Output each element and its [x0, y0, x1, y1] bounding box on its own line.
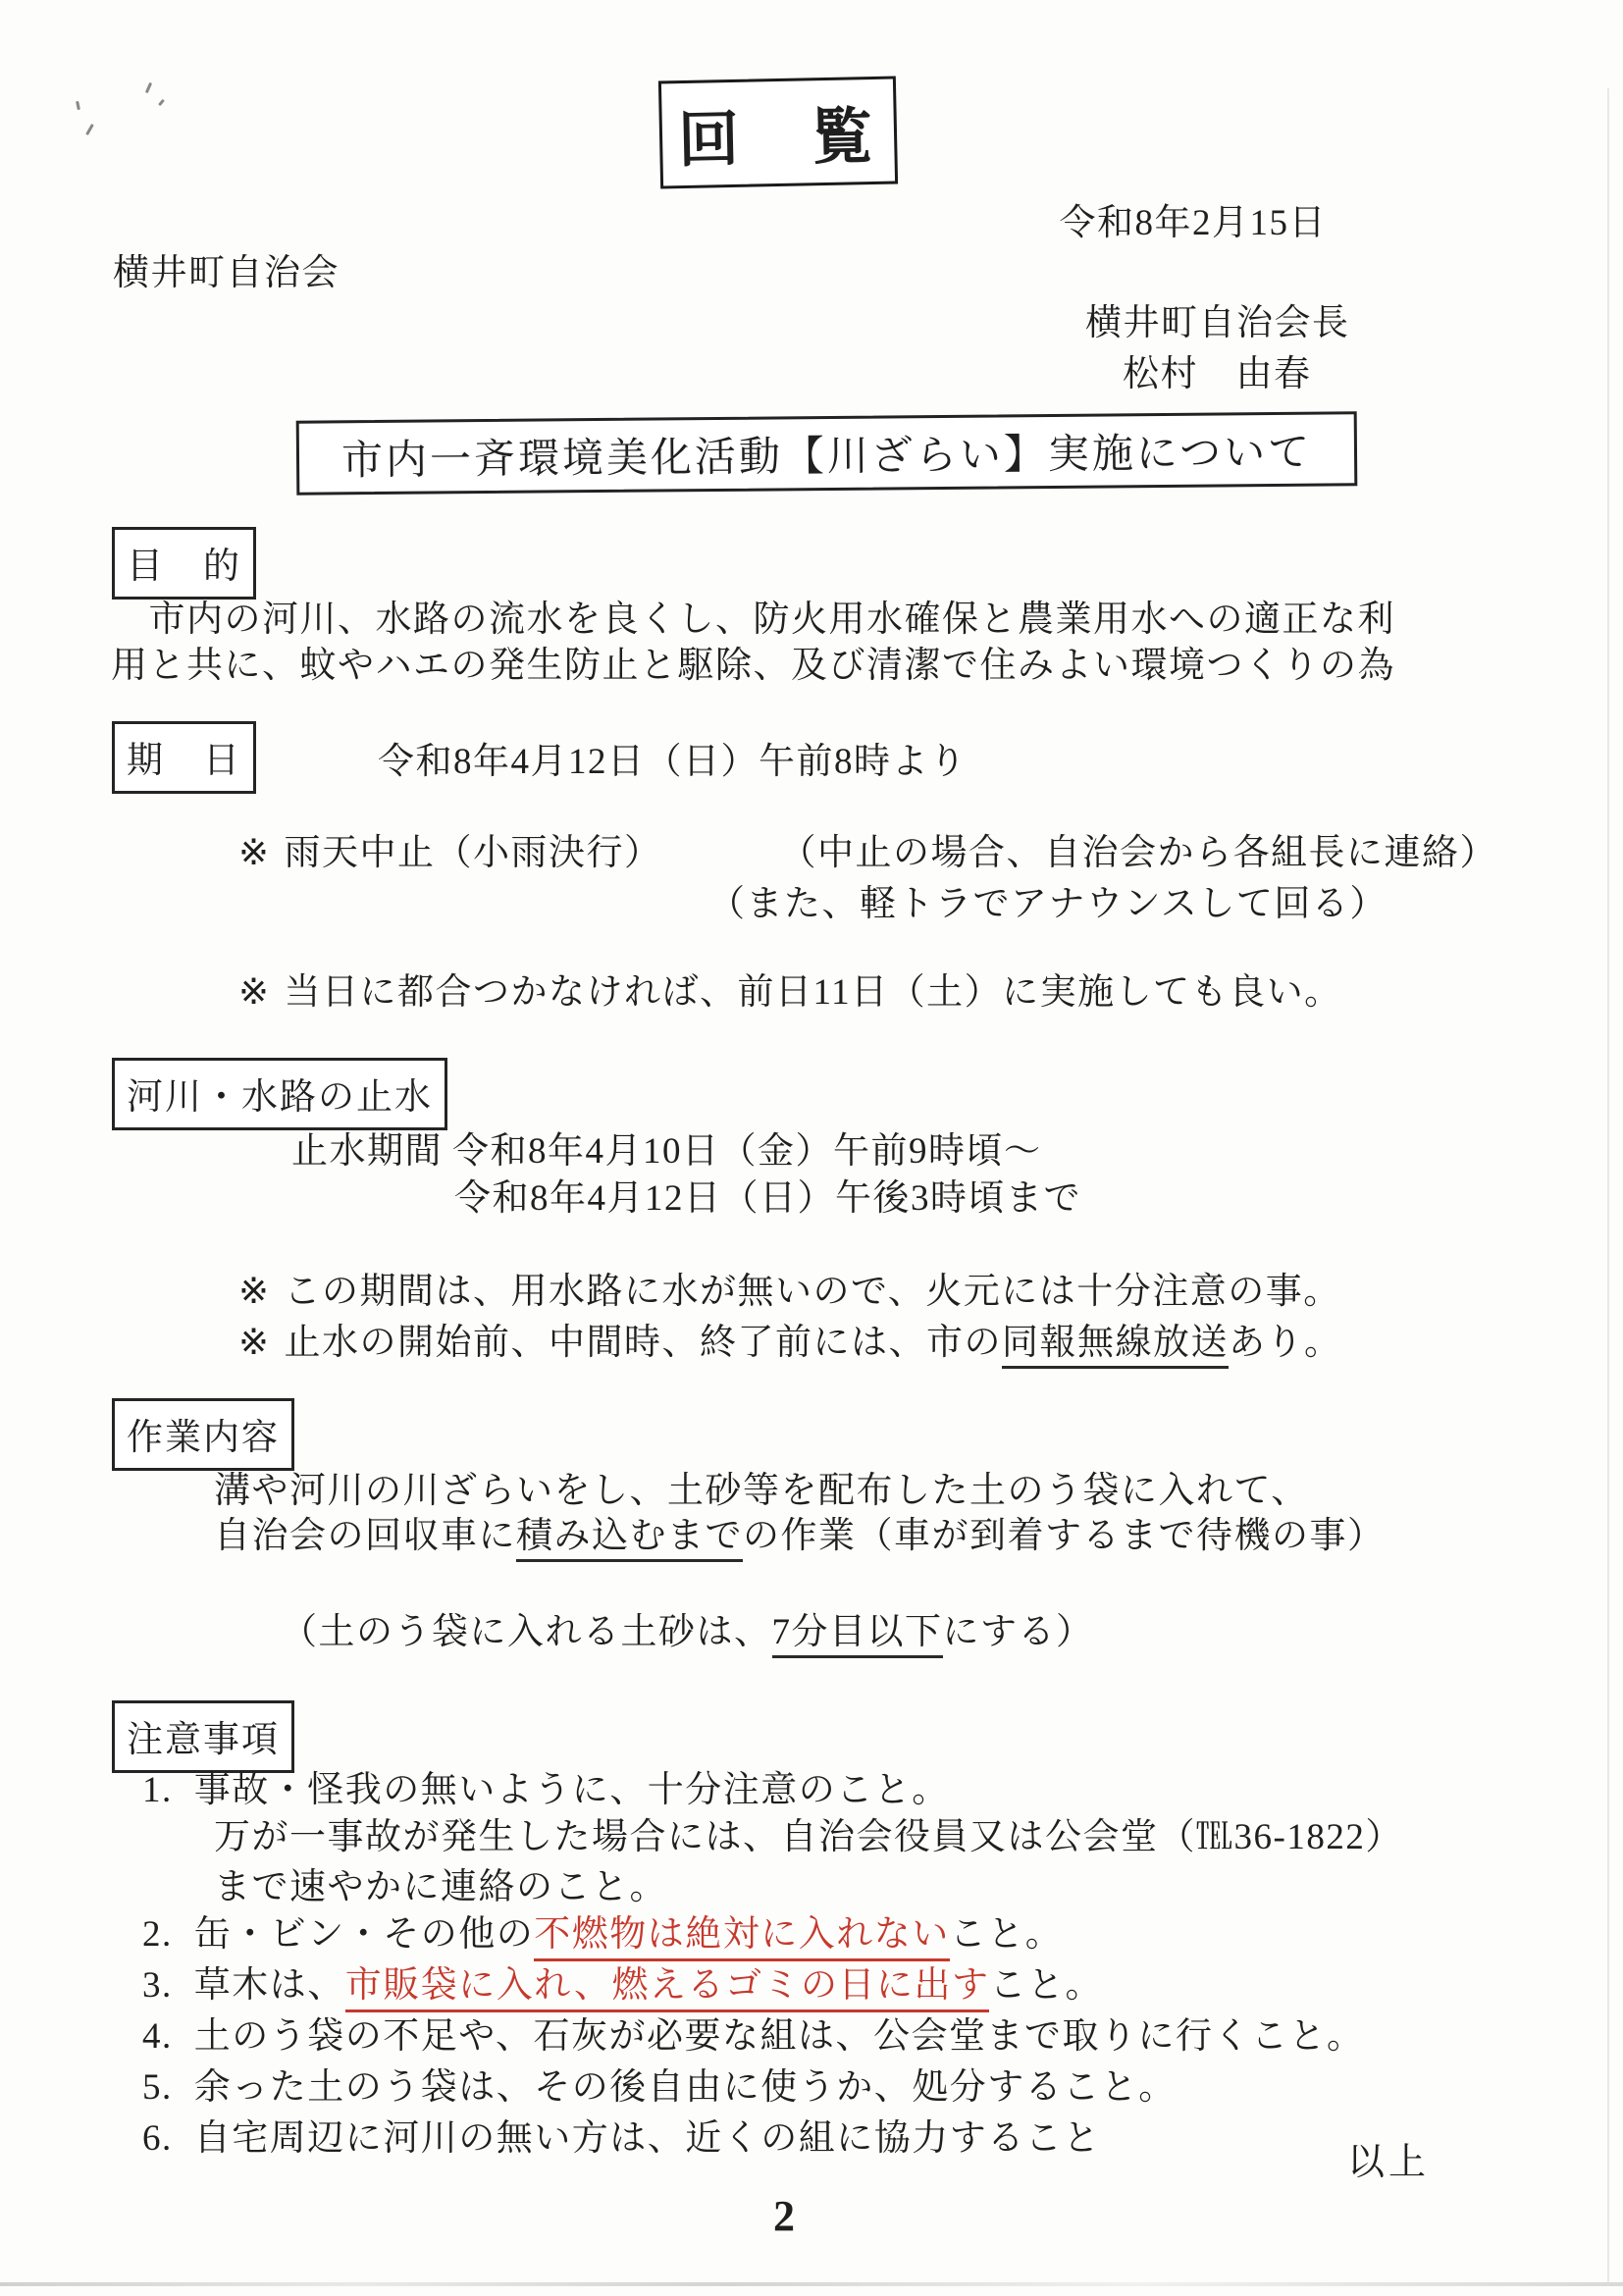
work-line-2-pre: 自治会の回収車に — [214, 1516, 516, 1556]
scan-speck — [76, 101, 80, 110]
scan-edge-artifact — [1607, 88, 1609, 2286]
item-text-pre: 草木は、 — [194, 1965, 345, 2006]
alt-note-text: 当日に都合つかなければ、前日11日（土）に実施しても良い。 — [285, 972, 1342, 1013]
reference-marker: ※ — [238, 970, 271, 1014]
item-text: 事故・怪我の無いように、十分注意のこと。 — [194, 1770, 950, 1810]
sender-name: 松村 由春 — [1123, 343, 1312, 396]
work-note: （土のう袋に入れる土砂は、7分目以下にする） — [281, 1601, 1094, 1654]
item-text: 自宅周辺に河川の無い方は、近くの組に協力すること — [194, 2118, 1101, 2159]
rain-note-announce: （また、軽トラでアナウンスして回る） — [708, 873, 1387, 926]
document-page: 回 覧 令和8年2月15日 横井町自治会 横井町自治会長 松村 由春 市内一斉環… — [0, 0, 1623, 2296]
caution-item-6: 6.自宅周辺に河川の無い方は、近くの組に協力すること — [142, 2108, 1101, 2161]
radio-note-post: あり。 — [1229, 1323, 1342, 1363]
work-note-underlined: 7分目以下 — [772, 1612, 943, 1658]
item-text-post: こと。 — [989, 1965, 1103, 2006]
page-number: 2 — [773, 2191, 795, 2241]
rain-note-contact: （中止の場合、自治会から各組長に連絡） — [780, 833, 1498, 873]
item-number: 5. — [142, 2066, 173, 2109]
section-heading-water-stop: 河川・水路の止水 — [112, 1058, 447, 1130]
circulation-stamp: 回 覧 — [658, 76, 898, 188]
scan-edge-artifact — [0, 2282, 1623, 2286]
work-line-2-post: の作業（車が到着するまで待機の事） — [743, 1516, 1386, 1556]
item-number: 3. — [142, 1964, 173, 2007]
item-text-post: こと。 — [950, 1914, 1064, 1955]
circulation-stamp-text: 回 覧 — [677, 86, 879, 178]
period-label: 止水期間 — [291, 1131, 443, 1172]
work-note-post: にする） — [943, 1612, 1094, 1652]
item-number: 6. — [142, 2117, 173, 2160]
caution-item-4: 4.土のう袋の不足や、石灰が必要な組は、公会堂まで取りに行くこと。 — [142, 2006, 1365, 2059]
radio-note-underlined: 同報無線放送 — [1002, 1323, 1229, 1369]
water-stop-period-from-line: 止水期間令和8年4月10日（金）午前9時頃～ — [291, 1121, 1042, 1174]
item-number: 1. — [142, 1769, 173, 1811]
purpose-line-2: 用と共に、蚊やハエの発生防止と駆除、及び清潔で住みよい環境つくりの為 — [111, 635, 1395, 688]
work-line-2: 自治会の回収車に積み込むまでの作業（車が到着するまで待機の事） — [214, 1505, 1386, 1558]
rain-note-main: 雨天中止（小雨決行） — [285, 833, 662, 873]
section-heading-schedule: 期 日 — [112, 721, 256, 794]
caution-item-1-line-2: 万が一事故が発生した場合には、自治会役員又は公会堂（℡36-1822） — [214, 1806, 1403, 1859]
closing-ijou: 以上 — [1347, 2131, 1430, 2185]
water-stop-radio-note: ※止水の開始前、中間時、終了前には、市の同報無線放送あり。 — [238, 1312, 1342, 1365]
sender-title: 横井町自治会長 — [1085, 292, 1350, 345]
item-number: 4. — [142, 2015, 173, 2058]
issue-date: 令和8年2月15日 — [1060, 192, 1328, 245]
reference-marker: ※ — [238, 1321, 271, 1364]
document-title: 市内一斉環境美化活動【川ざらい】実施について — [341, 420, 1313, 488]
caution-item-5: 5.余った土のう袋は、その後自由に使うか、処分すること。 — [142, 2057, 1177, 2110]
schedule-datetime: 令和8年4月12日（日）午前8時より — [378, 731, 968, 784]
schedule-rain-note: ※雨天中止（小雨決行）（中止の場合、自治会から各組長に連絡） — [238, 822, 1497, 875]
caution-item-1-line-3: まで速やかに連絡のこと。 — [214, 1856, 667, 1909]
purpose-line-1: 市内の河川、水路の流水を良くし、防火用水確保と農業用水への適正な利 — [111, 589, 1395, 642]
period-from: 令和8年4月10日（金）午前9時頃～ — [452, 1131, 1042, 1172]
water-stop-period-to: 令和8年4月12日（日）午後3時頃まで — [454, 1168, 1081, 1221]
radio-note-pre: 止水の開始前、中間時、終了前には、市の — [285, 1323, 1003, 1363]
item-number: 2. — [142, 1913, 173, 1956]
scan-speck — [158, 99, 165, 106]
caution-item-3: 3.草木は、市販袋に入れ、燃えるゴミの日に出すこと。 — [142, 1955, 1103, 2008]
work-line-2-underlined: 積み込むまで — [516, 1516, 743, 1562]
scan-speck — [85, 124, 94, 135]
addressee: 横井町自治会 — [113, 242, 340, 295]
reference-marker: ※ — [238, 831, 271, 874]
caution-item-1: 1.事故・怪我の無いように、十分注意のこと。 — [142, 1759, 950, 1812]
reference-marker: ※ — [238, 1270, 271, 1313]
document-title-box: 市内一斉環境美化活動【川ざらい】実施について — [296, 411, 1358, 495]
item-text: 土のう袋の不足や、石灰が必要な組は、公会堂まで取りに行くこと。 — [194, 2016, 1365, 2057]
fire-note-text: この期間は、用水路に水が無いので、火元には十分注意の事。 — [285, 1272, 1341, 1312]
caution-item-2: 2.缶・ビン・その他の不燃物は絶対に入れないこと。 — [142, 1904, 1063, 1957]
item-text: 余った土のう袋は、その後自由に使うか、処分すること。 — [194, 2067, 1177, 2108]
work-note-pre: （土のう袋に入れる土砂は、 — [281, 1612, 772, 1652]
schedule-alt-note: ※当日に都合つかなければ、前日11日（土）に実施しても良い。 — [238, 962, 1342, 1015]
scan-speck — [145, 82, 152, 93]
item-text-pre: 缶・ビン・その他の — [194, 1914, 535, 1955]
water-stop-fire-note: ※この期間は、用水路に水が無いので、火元には十分注意の事。 — [238, 1261, 1341, 1314]
